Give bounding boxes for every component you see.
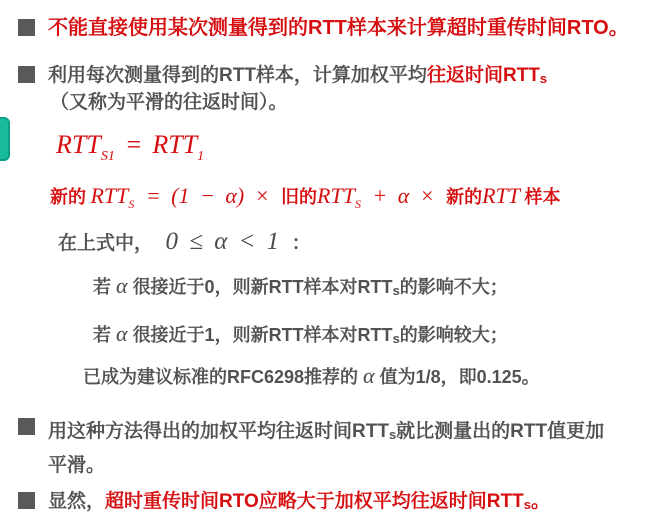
case1-alpha: α <box>116 321 128 346</box>
cond-cn: 在上式中， <box>58 233 153 254</box>
case1-post: 的影响较大； <box>400 325 508 345</box>
bullet-2-subscript: s <box>540 71 547 86</box>
case0-mid: 很接近于0，则新RTT样本对RTT <box>133 277 393 297</box>
green-edge-tab <box>0 117 10 161</box>
cond-math: 0 ≤ α < 1 <box>165 228 279 255</box>
f2-sub2: S <box>355 197 361 211</box>
rfc-pre: 已成为建议标准的RFC6298推荐的 <box>83 367 358 387</box>
bullet-square-icon <box>18 418 35 435</box>
f2-rtt1: RTT <box>90 183 128 208</box>
condition-line: 在上式中， 0 ≤ α < 1 ： <box>58 228 311 256</box>
bullet-1: 不能直接使用某次测量得到的RTT样本来计算超时重传时间RTO。 <box>18 16 629 41</box>
bullet-3-text: 用这种方法得出的加权平均往返时间RTTs就比测量出的RTT值更加平滑。 <box>48 415 620 482</box>
f1-rtt1: RTT <box>56 130 101 159</box>
bullet-3-subscript: s <box>389 427 396 442</box>
bullet-square-icon <box>18 19 35 36</box>
f2-mid2: + α × <box>372 183 434 208</box>
case0-alpha: α <box>116 273 128 298</box>
f2-mid1: = (1 − α) × <box>146 183 270 208</box>
bullet-square-icon <box>18 66 35 83</box>
case1-pre: 若 <box>93 325 111 345</box>
bullet-4-subscript: s <box>524 497 531 512</box>
bullet-2: 利用每次测量得到的RTT样本，计算加权平均往返时间RTTs <box>18 63 547 89</box>
bullet-1-text: 不能直接使用某次测量得到的RTT样本来计算超时重传时间RTO。 <box>48 16 629 41</box>
f2-cn-sample: 样本 <box>524 187 560 207</box>
f2-rtt3: RTT <box>482 183 520 208</box>
f1-sub2: 1 <box>197 149 204 164</box>
bullet-2-line2: （又称为平滑的往返时间）。 <box>50 90 288 115</box>
bullet-3-part1: 用这种方法得出的加权平均往返时间RTT <box>48 421 389 442</box>
formula-ewma: 新的 RTTS = (1 − α) × 旧的RTTS + α × 新的RTT 样… <box>50 183 560 209</box>
case-alpha-near-0: 若α很接近于0，则新RTT样本对RTTs的影响不大； <box>93 273 508 299</box>
case0-subscript: s <box>393 283 400 298</box>
f1-sub1: S1 <box>101 149 115 164</box>
case0-pre: 若 <box>93 277 111 297</box>
case1-mid: 很接近于1，则新RTT样本对RTT <box>133 325 393 345</box>
f1-equals: = <box>125 130 143 159</box>
f2-cn-new1: 新的 <box>50 187 86 207</box>
bullet-4: 显然，超时重传时间RTO应略大于加权平均往返时间RTTs。 <box>18 489 550 515</box>
slide: 不能直接使用某次测量得到的RTT样本来计算超时重传时间RTO。 利用每次测量得到… <box>0 0 645 532</box>
formula-initial-rtts: RTTS1=RTT1 <box>56 130 204 160</box>
cond-colon: ： <box>292 233 311 254</box>
bullet-3: 用这种方法得出的加权平均往返时间RTTs就比测量出的RTT值更加平滑。 <box>18 415 620 482</box>
rfc-recommendation: 已成为建议标准的RFC6298推荐的α值为1/8，即0.125。 <box>83 363 540 389</box>
bullet-4-black: 显然， <box>48 491 105 512</box>
case1-subscript: s <box>393 331 400 346</box>
case-alpha-near-1: 若α很接近于1，则新RTT样本对RTTs的影响较大； <box>93 321 508 347</box>
f2-cn-new2: 新的 <box>446 187 482 207</box>
rfc-alpha: α <box>363 363 375 388</box>
f1-rtt2: RTT <box>152 130 197 159</box>
f2-rtt2: RTT <box>317 183 355 208</box>
bullet-4-text: 显然，超时重传时间RTO应略大于加权平均往返时间RTTs。 <box>48 489 550 515</box>
bullet-2-black: 利用每次测量得到的RTT样本，计算加权平均 <box>48 65 427 86</box>
rfc-post: 值为1/8，即0.125。 <box>380 367 540 387</box>
bullet-square-icon <box>18 492 35 509</box>
f2-sub1: S <box>128 197 134 211</box>
bullet-4-period: 。 <box>531 491 550 512</box>
f2-cn-old: 旧的 <box>281 187 317 207</box>
case0-post: 的影响不大； <box>400 277 508 297</box>
bullet-4-red: 超时重传时间RTO应略大于加权平均往返时间RTT <box>105 491 524 512</box>
bullet-2-red: 往返时间RTT <box>427 65 540 86</box>
bullet-2-text: 利用每次测量得到的RTT样本，计算加权平均往返时间RTTs <box>48 63 547 89</box>
